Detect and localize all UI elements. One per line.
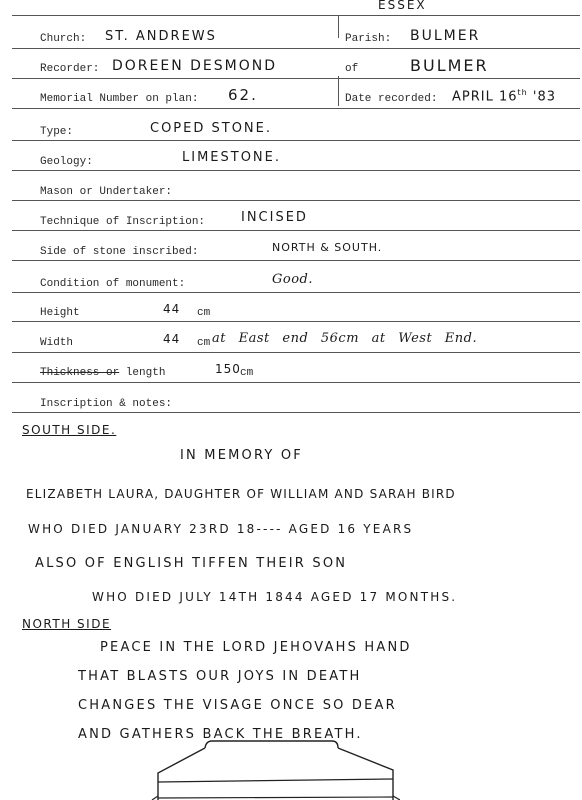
inscription-line: IN MEMORY OF <box>180 448 303 463</box>
divider <box>338 16 339 38</box>
divider <box>12 292 580 293</box>
technique-label: Technique of Inscription: <box>40 216 205 228</box>
type-label: Type: <box>40 126 73 138</box>
inscription-line: CHANGES THE VISAGE ONCE SO DEAR <box>78 698 397 713</box>
mason-label: Mason or Undertaker: <box>40 186 172 198</box>
divider <box>12 140 580 141</box>
date-recorded-value: APRIL 16th '83 <box>452 88 556 104</box>
recorder-value: DOREEN DESMOND <box>112 58 277 74</box>
height-label: Height <box>40 307 80 319</box>
condition-label: Condition of monument: <box>40 278 185 290</box>
inscription-line: THAT BLASTS OUR JOYS IN DEATH <box>78 669 362 684</box>
divider <box>12 48 580 49</box>
divider <box>12 230 580 231</box>
inscription-line: WHO DIED JANUARY 23RD 18---- AGED 16 YEA… <box>28 522 413 536</box>
inscription-line: PEACE IN THE LORD JEHOVAHS HAND <box>100 640 412 655</box>
divider <box>12 15 580 16</box>
divider <box>12 321 580 322</box>
geology-value: LIMESTONE. <box>182 150 281 165</box>
condition-value: Good. <box>272 272 313 287</box>
width-label: Width <box>40 337 73 349</box>
church-label: Church: <box>40 33 86 45</box>
divider <box>12 412 580 413</box>
memorial-number-label: Memorial Number on plan: <box>40 93 198 105</box>
divider <box>12 382 580 383</box>
inscription-line: ELIZABETH LAURA, DAUGHTER OF WILLIAM AND… <box>26 487 456 501</box>
of-label: of <box>345 63 358 75</box>
inscription-label: Inscription & notes: <box>40 398 172 410</box>
memorial-number-value: 62. <box>228 86 258 104</box>
recorder-label: Recorder: <box>40 63 99 75</box>
inscription-line: ALSO OF ENGLISH TIFFEN THEIR SON <box>35 556 347 571</box>
thickness-unit: cm <box>240 367 253 379</box>
coped-stone-sketch-icon <box>140 738 400 800</box>
inscription-line: WHO DIED JULY 14TH 1844 AGED 17 MONTHS. <box>92 590 457 604</box>
thickness-value: 150 <box>215 362 241 376</box>
north-side-heading: NORTH SIDE <box>22 617 111 631</box>
divider <box>12 170 580 171</box>
geology-label: Geology: <box>40 156 93 168</box>
side-inscribed-value: NORTH & SOUTH. <box>272 241 382 254</box>
divider <box>12 78 580 79</box>
width-unit: cm <box>197 337 210 349</box>
divider <box>12 352 580 353</box>
height-unit: cm <box>197 307 210 319</box>
side-inscribed-label: Side of stone inscribed: <box>40 246 198 258</box>
record-form: ESSEX Church: ST. ANDREWS Parish: BULMER… <box>0 0 582 800</box>
width-value: 44 <box>163 332 180 346</box>
thickness-label: Thickness or length <box>40 367 165 379</box>
technique-value: INCISED <box>241 210 308 225</box>
width-note: at East end 56cm at West End. <box>212 331 477 346</box>
parish-label: Parish: <box>345 33 391 45</box>
type-value: COPED STONE. <box>150 121 272 136</box>
date-recorded-label: Date recorded: <box>345 93 437 105</box>
parish-value: BULMER <box>410 28 480 44</box>
church-value: ST. ANDREWS <box>105 29 217 44</box>
of-value: BULMER <box>410 56 489 75</box>
divider <box>12 108 580 109</box>
county-value: ESSEX <box>378 0 427 12</box>
divider <box>12 260 580 261</box>
height-value: 44 <box>163 302 180 316</box>
divider <box>338 76 339 106</box>
south-side-heading: SOUTH SIDE. <box>22 423 116 437</box>
divider <box>12 200 580 201</box>
